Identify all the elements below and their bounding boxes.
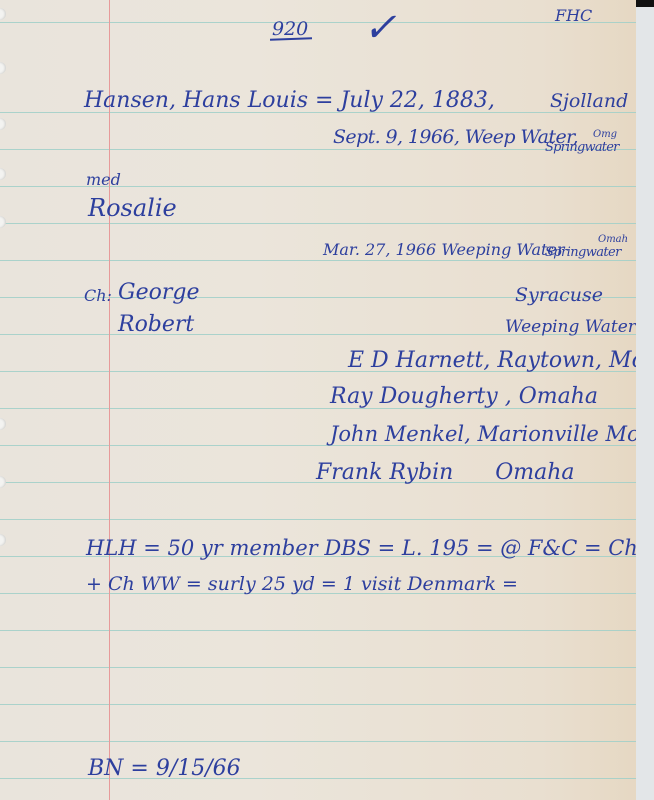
ruled-line <box>0 149 636 150</box>
signoff: BN = 9/15/66 <box>88 758 241 780</box>
binder-hole <box>0 216 6 228</box>
child-place: Weeping Water <box>505 319 636 336</box>
checkmark: ✓ <box>363 8 397 48</box>
children-label: Ch: <box>84 288 112 304</box>
binder-hole <box>0 534 6 546</box>
birth-place: Sjolland <box>550 92 628 111</box>
binder-hole <box>0 418 6 430</box>
pallbearer-entry: Ray Dougherty , Omaha <box>330 386 598 408</box>
pallbearer-entry: E D Harnett, Raytown, Mo <box>348 350 636 372</box>
scan-border-dark <box>636 0 654 7</box>
child-place: Syracuse <box>515 286 603 305</box>
death-place: Springwater <box>545 141 619 154</box>
ruled-line <box>0 630 636 631</box>
ruled-line <box>0 704 636 705</box>
child-name: George <box>118 282 199 304</box>
ruled-line <box>0 741 636 742</box>
ruled-line <box>0 519 636 520</box>
pallbearer-entry: Frank Rybin Omaha <box>316 462 575 484</box>
notebook-page: 920 ✓ FHC Hansen, Hans Louis = July 22, … <box>0 0 636 800</box>
binder-hole <box>0 8 6 20</box>
ruled-line <box>0 22 636 23</box>
child-name: Robert <box>118 314 194 336</box>
ruled-line <box>0 260 636 261</box>
spouse-death-place-note: Omah <box>598 235 628 245</box>
red-margin-line <box>109 0 110 800</box>
record-number-underline <box>270 37 312 40</box>
binder-hole <box>0 168 6 180</box>
binder-hole <box>0 118 6 130</box>
spouse-death-line: Mar. 27, 1966 Weeping Water <box>323 242 565 258</box>
initials: FHC <box>555 8 592 24</box>
scan-background <box>636 7 654 800</box>
note-line: + Ch WW = surly 25 yd = 1 visit Denmark … <box>86 575 518 594</box>
married-label: med <box>86 172 121 188</box>
spouse-death-place: Springwater <box>545 246 621 259</box>
death-place-note: Omg <box>593 130 617 140</box>
ruled-line <box>0 667 636 668</box>
name-birth-line: Hansen, Hans Louis = July 22, 1883, <box>84 90 495 112</box>
record-number: 920 <box>272 20 308 39</box>
pallbearer-entry: John Menkel, Marionville Mo <box>330 424 636 445</box>
note-line: HLH = 50 yr member DBS = L. 195 = @ F&C … <box>86 538 636 559</box>
binder-hole <box>0 476 6 488</box>
binder-hole <box>0 62 6 74</box>
spouse-name: Rosalie <box>88 196 177 220</box>
ruled-line <box>0 223 636 224</box>
death-line: Sept. 9, 1966, Weep Water, <box>333 128 578 147</box>
